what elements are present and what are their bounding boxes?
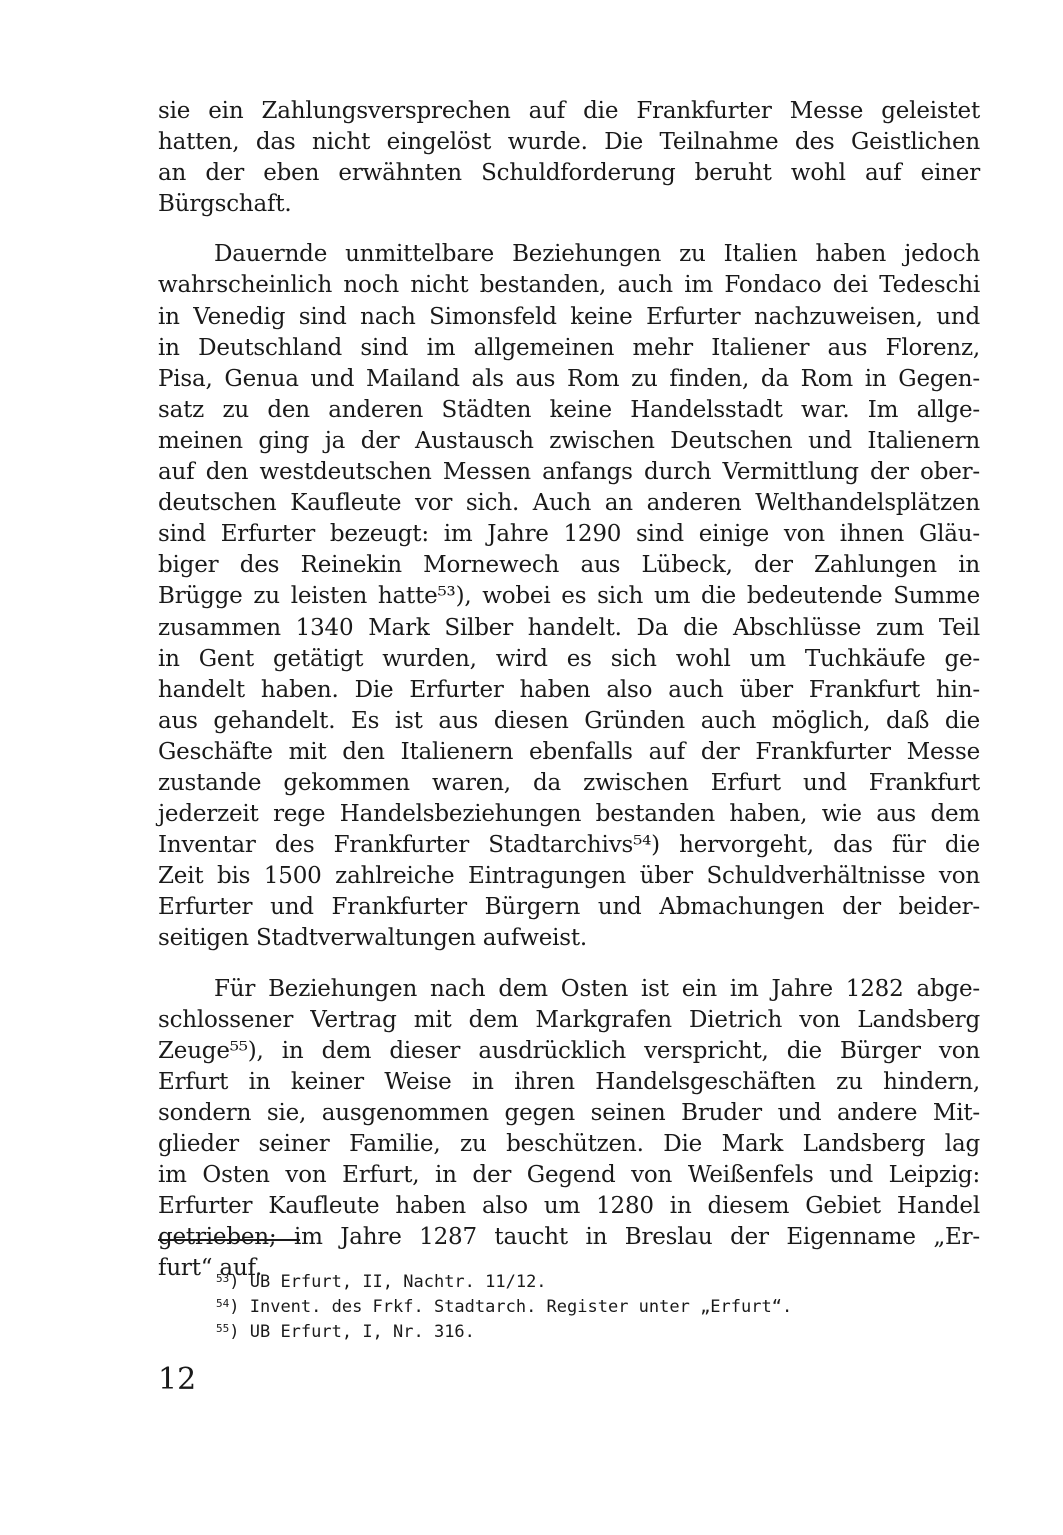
footnotes: 53) UB Erfurt, II, Nachtr. 11/12. 54) In… xyxy=(216,1268,792,1343)
footnote-text: Invent. des Frkf. Stadtarch. Register un… xyxy=(250,1297,792,1317)
text-line: wahrscheinlich noch nicht bestanden, auc… xyxy=(158,270,980,301)
text-line: in Venedig sind nach Simonsfeld keine Er… xyxy=(158,302,980,333)
paragraph-1: sie ein Zahlungsversprechen auf die Fran… xyxy=(158,96,980,220)
footnote-text: UB Erfurt, I, Nr. 316. xyxy=(250,1322,475,1342)
text-line: seitigen Stadtverwaltungen aufweist. xyxy=(158,923,980,954)
text-line: in Gent getätigt wurden, wird es sich wo… xyxy=(158,644,980,675)
text-line: zustande gekommen waren, da zwischen Erf… xyxy=(158,768,980,799)
text-line: zusammen 1340 Mark Silber handelt. Da di… xyxy=(158,613,980,644)
text-line: meinen ging ja der Austausch zwischen De… xyxy=(158,426,980,457)
paragraph-2: Dauernde unmittelbare Beziehungen zu Ita… xyxy=(158,239,980,954)
text-line: biger des Reinekin Mornewech aus Lübeck,… xyxy=(158,550,980,581)
footnote-55: 55) UB Erfurt, I, Nr. 316. xyxy=(216,1318,792,1343)
footnote-number: 54 xyxy=(216,1297,229,1310)
text-line: Zeuge⁵⁵), in dem dieser ausdrücklich ver… xyxy=(158,1036,980,1067)
text-line: Brügge zu leisten hatte⁵³), wobei es sic… xyxy=(158,581,980,612)
text-line: sind Erfurter bezeugt: im Jahre 1290 sin… xyxy=(158,519,980,550)
text-line: getrieben; im Jahre 1287 taucht in Bresl… xyxy=(158,1222,980,1253)
text-line: jederzeit rege Handelsbeziehungen bestan… xyxy=(158,799,980,830)
paragraph-3: Für Beziehungen nach dem Osten ist ein i… xyxy=(158,974,980,1285)
text-line: sondern sie, ausgenommen gegen seinen Br… xyxy=(158,1098,980,1129)
footnote-text: UB Erfurt, II, Nachtr. 11/12. xyxy=(250,1272,547,1292)
body-text: sie ein Zahlungsversprechen auf die Fran… xyxy=(158,96,980,1284)
text-line: Bürgschaft. xyxy=(158,189,980,220)
text-line: glieder seiner Familie, zu beschützen. D… xyxy=(158,1129,980,1160)
text-line: im Osten von Erfurt, in der Gegend von W… xyxy=(158,1160,980,1191)
footnote-paren: ) xyxy=(229,1272,249,1292)
footnote-number: 55 xyxy=(216,1322,229,1335)
footnote-separator xyxy=(158,1239,300,1241)
text-line: Erfurt in keiner Weise in ihren Handelsg… xyxy=(158,1067,980,1098)
footnote-53: 53) UB Erfurt, II, Nachtr. 11/12. xyxy=(216,1268,792,1293)
text-line: Zeit bis 1500 zahlreiche Eintragungen üb… xyxy=(158,861,980,892)
footnote-number: 53 xyxy=(216,1272,229,1285)
text-line: handelt haben. Die Erfurter haben also a… xyxy=(158,675,980,706)
text-line: Pisa, Genua und Mailand als aus Rom zu f… xyxy=(158,364,980,395)
text-line: in Deutschland sind im allgemeinen mehr … xyxy=(158,333,980,364)
text-line: sie ein Zahlungsversprechen auf die Fran… xyxy=(158,96,980,127)
text-line: satz zu den anderen Städten keine Handel… xyxy=(158,395,980,426)
text-line: schlossener Vertrag mit dem Markgrafen D… xyxy=(158,1005,980,1036)
text-line: Inventar des Frankfurter Stadtarchivs⁵⁴)… xyxy=(158,830,980,861)
text-line: Erfurter und Frankfurter Bürgern und Abm… xyxy=(158,892,980,923)
footnote-paren: ) xyxy=(229,1322,249,1342)
text-line: Geschäfte mit den Italienern ebenfalls a… xyxy=(158,737,980,768)
text-line: aus gehandelt. Es ist aus diesen Gründen… xyxy=(158,706,980,737)
text-line: an der eben erwähnten Schuldforderung be… xyxy=(158,158,980,189)
footnote-paren: ) xyxy=(229,1297,249,1317)
text-line: Erfurter Kaufleute haben also um 1280 in… xyxy=(158,1191,980,1222)
text-line: auf den westdeutschen Messen anfangs dur… xyxy=(158,457,980,488)
page-number: 12 xyxy=(158,1362,196,1397)
footnote-54: 54) Invent. des Frkf. Stadtarch. Registe… xyxy=(216,1293,792,1318)
text-line: hatten, das nicht eingelöst wurde. Die T… xyxy=(158,127,980,158)
text-line: Dauernde unmittelbare Beziehungen zu Ita… xyxy=(158,239,980,270)
text-line: deutschen Kaufleute vor sich. Auch an an… xyxy=(158,488,980,519)
text-line: Für Beziehungen nach dem Osten ist ein i… xyxy=(158,974,980,1005)
